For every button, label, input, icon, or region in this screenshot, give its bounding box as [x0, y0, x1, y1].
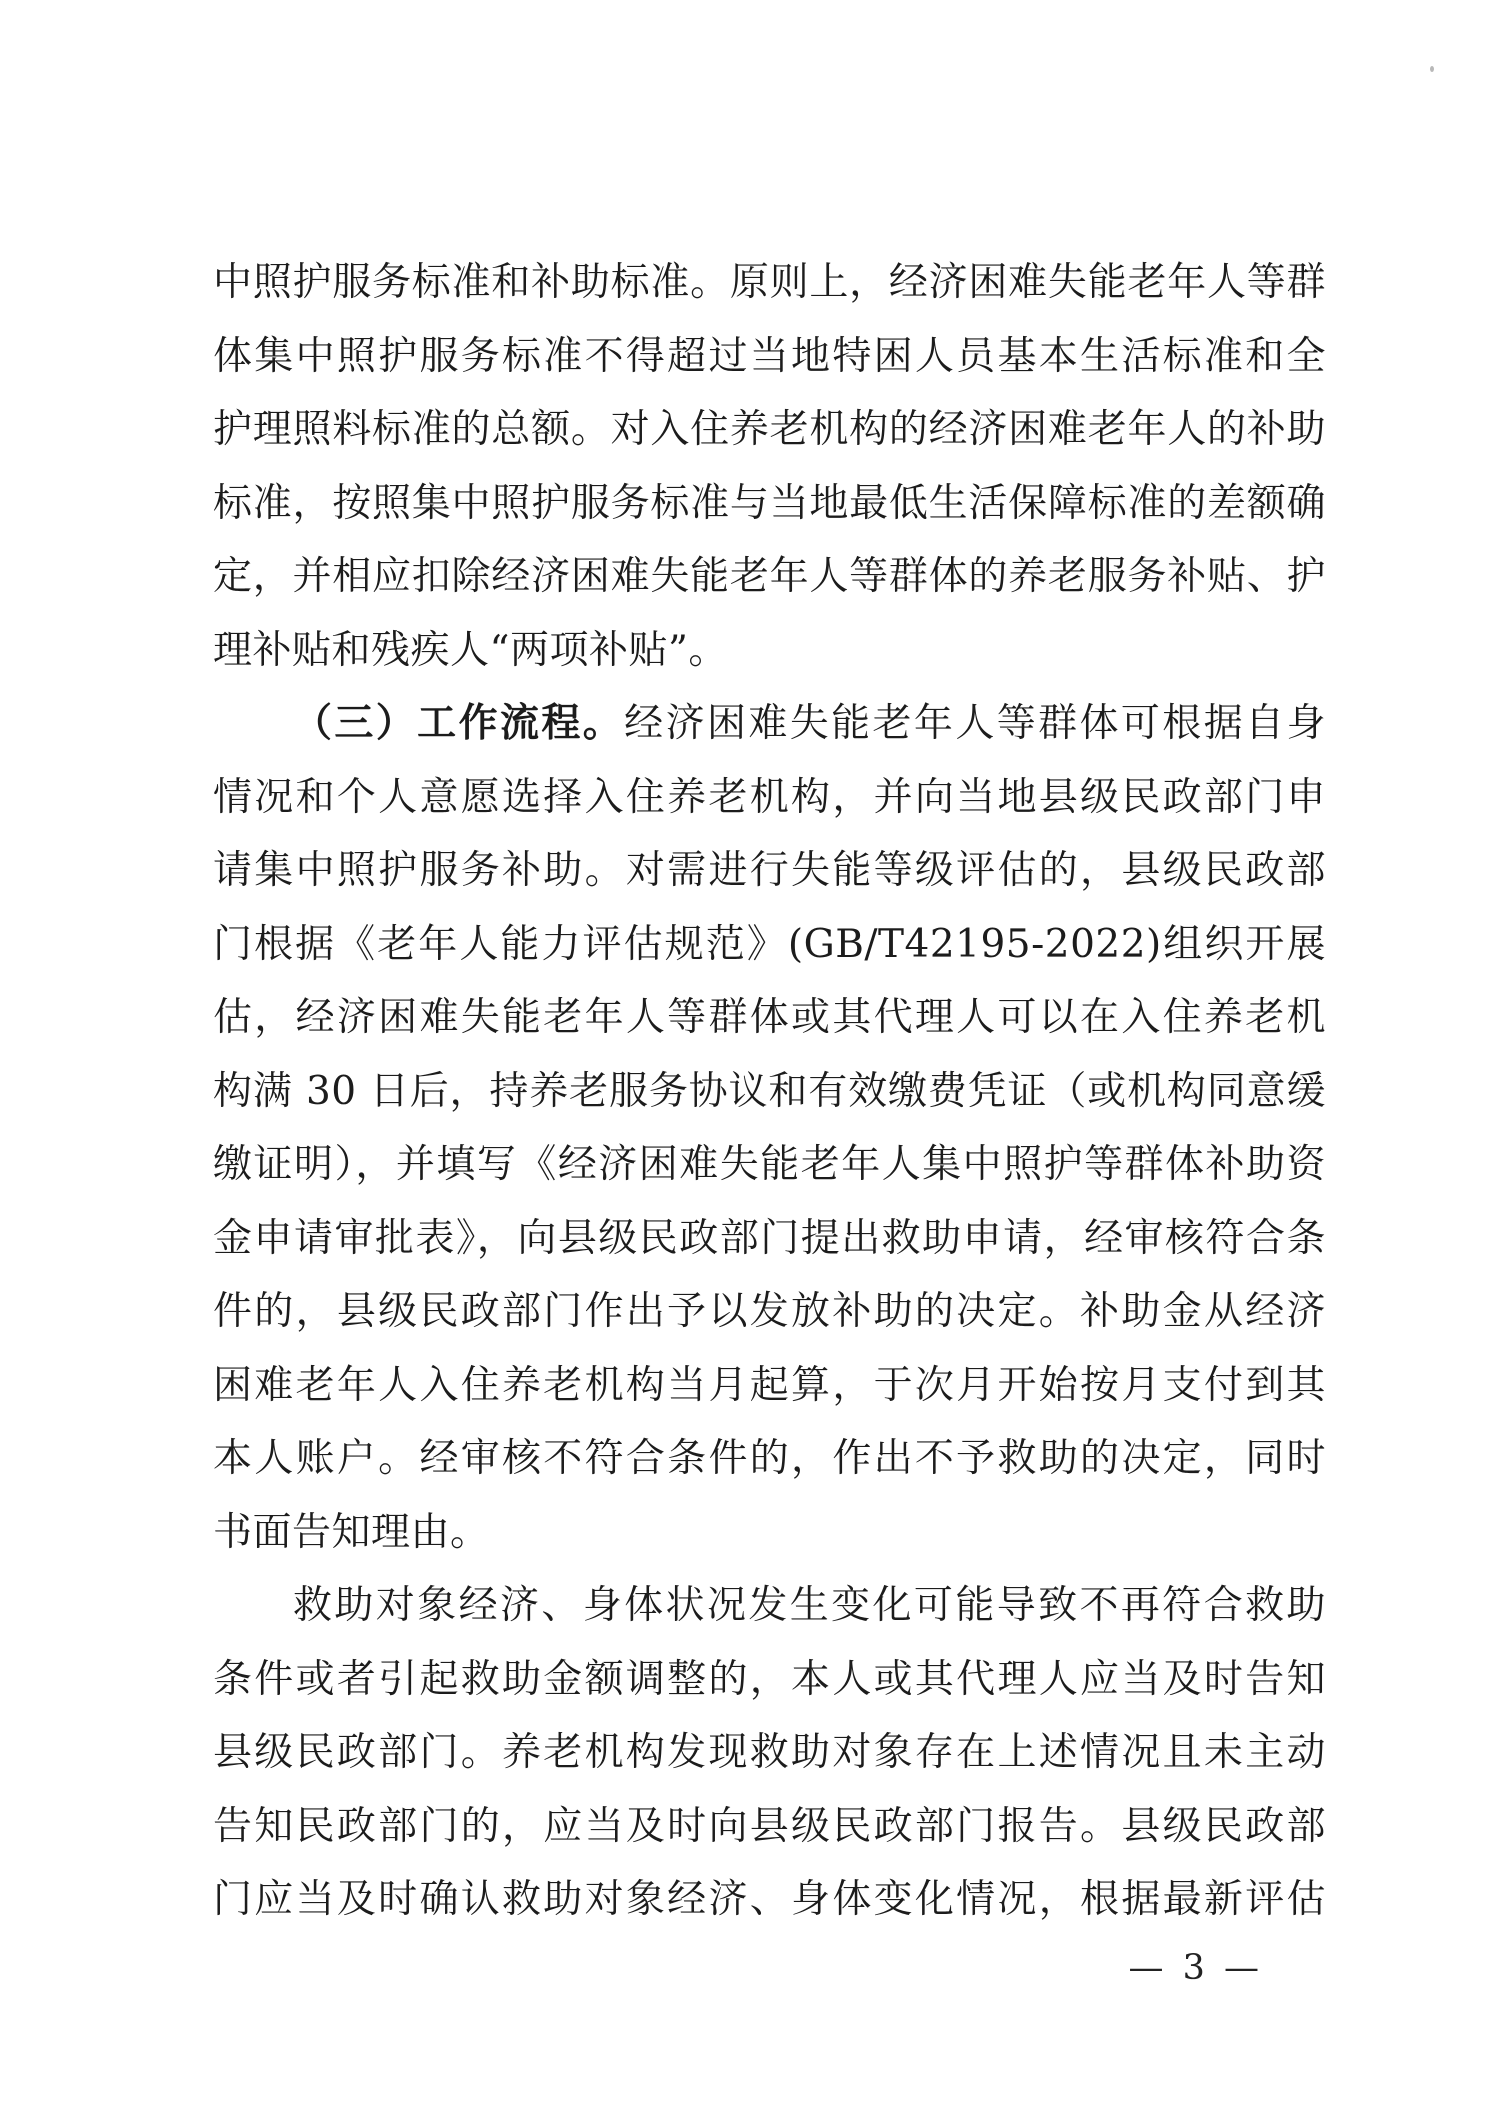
text-line: 缴证明），并填写《经济困难失能老年人集中照护等群体补助资 [213, 1128, 1326, 1202]
text-line: 体集中照护服务标准不得超过当地特困人员基本生活标准和全 [213, 320, 1326, 394]
text-line: 告知民政部门的，应当及时向县级民政部门报告。县级民政部 [213, 1790, 1326, 1864]
text-line: 条件或者引起救助金额调整的，本人或其代理人应当及时告知 [213, 1643, 1326, 1717]
text-line: 中照护服务标准和补助标准。原则上，经济困难失能老年人等群 [213, 246, 1326, 320]
text-line: 构满 30 日后，持养老服务协议和有效缴费凭证（或机构同意缓 [213, 1055, 1326, 1129]
document-body: 中照护服务标准和补助标准。原则上，经济困难失能老年人等群 体集中照护服务标准不得… [213, 246, 1326, 1937]
scan-artifact-dot [1430, 66, 1434, 72]
paragraph-end-line: 书面告知理由。 [213, 1496, 1326, 1570]
text-line: 件的，县级民政部门作出予以发放补助的决定。补助金从经济 [213, 1275, 1326, 1349]
text-line: 救助对象经济、身体状况发生变化可能导致不再符合救助 [213, 1569, 1326, 1643]
text-line: 护理照料标准的总额。对入住养老机构的经济困难老年人的补助 [213, 393, 1326, 467]
text-line: 金申请审批表》，向县级民政部门提出救助申请，经审核符合条 [213, 1202, 1326, 1276]
text-line: 门应当及时确认救助对象经济、身体变化情况，根据最新评估 [213, 1863, 1326, 1937]
text-line: 县级民政部门。养老机构发现救助对象存在上述情况且未主动 [213, 1716, 1326, 1790]
paragraph-end-line: 理补贴和残疾人“两项补贴”。 [213, 614, 1326, 688]
text-line: 估，经济困难失能老年人等群体或其代理人可以在入住养老机 [213, 981, 1326, 1055]
text-line: 困难老年人入住养老机构当月起算，于次月开始按月支付到其 [213, 1349, 1326, 1423]
text-line: （三）工作流程。经济困难失能老年人等群体可根据自身 [213, 687, 1326, 761]
section-heading: （三）工作流程。 [293, 700, 624, 746]
text-run: 经济困难失能老年人等群体可根据自身 [624, 701, 1326, 746]
page-number: — 3 — [1128, 1948, 1263, 1988]
text-line: 请集中照护服务补助。对需进行失能等级评估的，县级民政部 [213, 834, 1326, 908]
document-page: 中照护服务标准和补助标准。原则上，经济困难失能老年人等群 体集中照护服务标准不得… [0, 0, 1487, 2102]
text-line: 本人账户。经审核不符合条件的，作出不予救助的决定，同时 [213, 1422, 1326, 1496]
text-line: 定，并相应扣除经济困难失能老年人等群体的养老服务补贴、护 [213, 540, 1326, 614]
text-line: 情况和个人意愿选择入住养老机构，并向当地县级民政部门申 [213, 761, 1326, 835]
text-line: 门根据《老年人能力评估规范》(GB/T42195-2022)组织开展评 [213, 908, 1326, 982]
text-line: 标准，按照集中照护服务标准与当地最低生活保障标准的差额确 [213, 467, 1326, 541]
